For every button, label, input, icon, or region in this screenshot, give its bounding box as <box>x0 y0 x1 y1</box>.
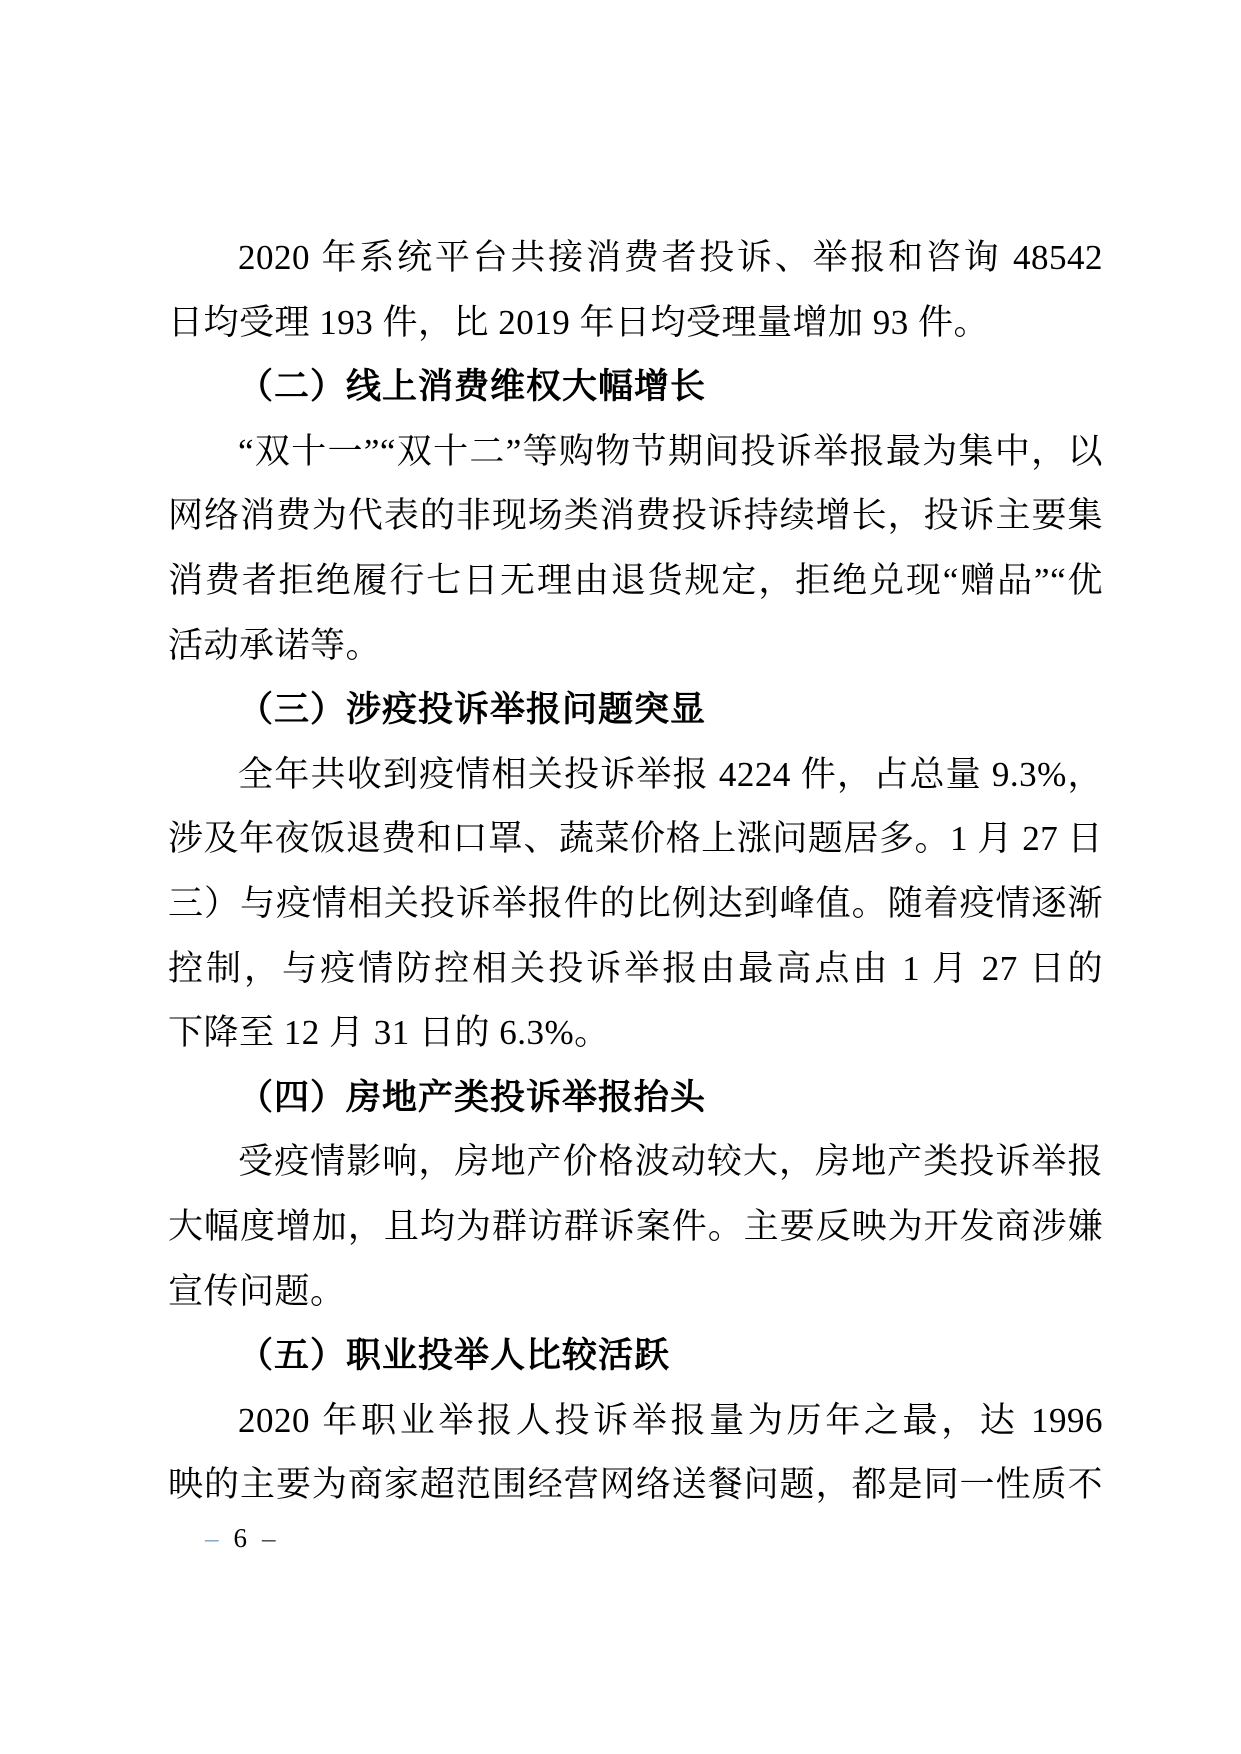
text-line: 2020 年职业举报人投诉举报量为历年之最，达 1996 件，反 <box>168 1389 1103 1454</box>
page-footer: – 6 – <box>205 1516 276 1560</box>
section-heading: （四）房地产类投诉举报抬头 <box>168 1066 1103 1131</box>
text-line: 全年共收到疫情相关投诉举报 4224 件，占总量 9.3%，其中 <box>168 743 1103 808</box>
section-heading: （三）涉疫投诉举报问题突显 <box>168 678 1103 743</box>
section-heading: （二）线上消费维权大幅增长 <box>168 355 1103 420</box>
text-line: 涉及年夜饭退费和口罩、蔬菜价格上涨问题居多。1 月 27 日（初 <box>168 807 1103 872</box>
text-line: 三）与疫情相关投诉举报件的比例达到峰值。随着疫情逐渐得到 <box>168 872 1103 937</box>
text-line: 受疫情影响，房地产价格波动较大，房地产类投诉举报数量 <box>168 1130 1103 1195</box>
text-line: 网络消费为代表的非现场类消费投诉持续增长，投诉主要集中在 <box>168 484 1103 549</box>
text-line: 2020 年系统平台共接消费者投诉、举报和咨询 48542 件， <box>168 226 1103 291</box>
text-line: “双十一”“双十二”等购物节期间投诉举报最为集中，以 <box>168 420 1103 485</box>
text-line: 大幅度增加，且均为群访群诉案件。主要反映为开发商涉嫌虚假 <box>168 1195 1103 1260</box>
section-heading: （五）职业投举人比较活跃 <box>168 1324 1103 1389</box>
document-page: 2020 年系统平台共接消费者投诉、举报和咨询 48542 件，日均受理 193… <box>0 0 1241 1754</box>
text-line: 消费者拒绝履行七日无理由退货规定，拒绝兑现“赠品”“优惠” <box>168 549 1103 614</box>
footer-dash-left: – <box>205 1523 219 1554</box>
text-line: 下降至 12 月 31 日的 6.3%。 <box>168 1001 1103 1066</box>
text-line: 控制，与疫情防控相关投诉举报由最高点由 1 月 27 日的 86.5%， <box>168 937 1103 1002</box>
document-body: 2020 年系统平台共接消费者投诉、举报和咨询 48542 件，日均受理 193… <box>168 226 1103 1518</box>
footer-dash-right: – <box>262 1523 276 1554</box>
text-line: 宣传问题。 <box>168 1260 1103 1325</box>
text-line: 映的主要为商家超范围经营网络送餐问题，都是同一性质不同被 <box>168 1453 1103 1518</box>
text-line: 活动承诺等。 <box>168 614 1103 679</box>
text-line: 日均受理 193 件，比 2019 年日均受理量增加 93 件。 <box>168 291 1103 356</box>
footer-page-number: 6 <box>234 1523 248 1554</box>
